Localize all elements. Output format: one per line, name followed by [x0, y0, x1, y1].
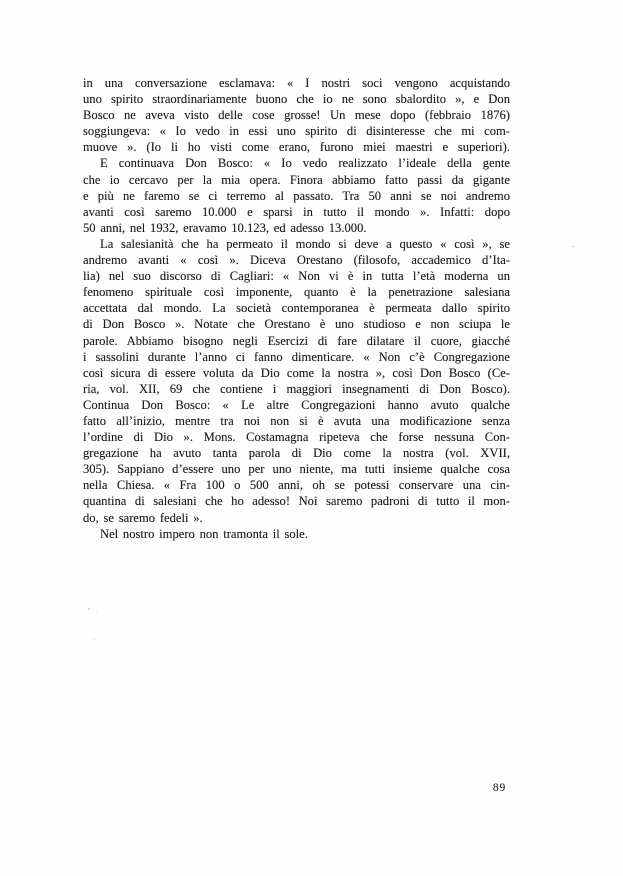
- text-line: l’ordine di Dio ». Mons. Costamagna ripe…: [83, 429, 510, 445]
- text-line: andremo avanti « così ». Diceva Orestano…: [83, 252, 510, 268]
- text-line: quantina di salesiani che ho adesso! Noi…: [83, 493, 510, 509]
- text-block: in una conversazione esclamava: « I nost…: [83, 75, 510, 542]
- scan-speckle: [94, 638, 95, 640]
- text-line: e più ne faremo se ci terremo al passato…: [83, 188, 510, 204]
- text-line: in una conversazione esclamava: « I nost…: [83, 75, 510, 91]
- text-line: Bosco ne aveva visto delle cose grosse! …: [83, 107, 510, 123]
- text-line: lia) nel suo discorso di Cagliari: « Non…: [83, 268, 510, 284]
- scan-speckle: [146, 611, 147, 612]
- text-line: fatto all’inizio, mentre tra noi non si …: [83, 413, 510, 429]
- text-line: soggiungeva: « Io vedo in essi uno spiri…: [83, 123, 510, 139]
- text-line: fenomeno spirituale così imponente, quan…: [83, 284, 510, 300]
- text-line: ria, vol. XII, 69 che contiene i maggior…: [83, 381, 510, 397]
- text-line: parole. Abbiamo bisogno negli Esercizi d…: [83, 333, 510, 349]
- scan-speckle: [88, 608, 90, 610]
- scan-speckle: [96, 612, 97, 613]
- page-number: 89: [83, 781, 506, 795]
- text-line: gregazione ha avuto tanta parola di Dio …: [83, 445, 510, 461]
- text-line: do, se saremo fedeli ».: [83, 510, 510, 526]
- text-line: muove ». (Io li ho visti come erano, fur…: [83, 139, 510, 155]
- text-line: di Don Bosco ». Notate che Orestano è un…: [83, 316, 510, 332]
- text-line: 50 anni, nel 1932, eravamo 10.123, ed ad…: [83, 220, 510, 236]
- text-line: E continuava Don Bosco: « Io vedo realiz…: [83, 155, 510, 171]
- text-line: i sassolini durante l’anno ci fanno dime…: [83, 349, 510, 365]
- text-line: avanti così saremo 10.000 e sparsi in tu…: [83, 204, 510, 220]
- book-page: in una conversazione esclamava: « I nost…: [0, 0, 623, 876]
- scan-speckle: [196, 652, 197, 653]
- text-line: uno spirito straordinariamente buono che…: [83, 91, 510, 107]
- text-line: Continua Don Bosco: « Le altre Congregaz…: [83, 397, 510, 413]
- text-line: accettata dal mondo. La società contempo…: [83, 300, 510, 316]
- text-line: nella Chiesa. « Fra 100 o 500 anni, oh s…: [83, 477, 510, 493]
- text-line: che io cercavo per la mia opera. Finora …: [83, 172, 510, 188]
- text-line: così sicura di essere voluta da Dio come…: [83, 365, 510, 381]
- text-line: 305). Sappiano d’essere uno per uno nien…: [83, 461, 510, 477]
- scan-speckle: [572, 246, 574, 247]
- scan-speckle: [539, 612, 540, 613]
- text-line: La salesianità che ha permeato il mondo …: [83, 236, 510, 252]
- text-line: Nel nostro impero non tramonta il sole.: [83, 526, 510, 542]
